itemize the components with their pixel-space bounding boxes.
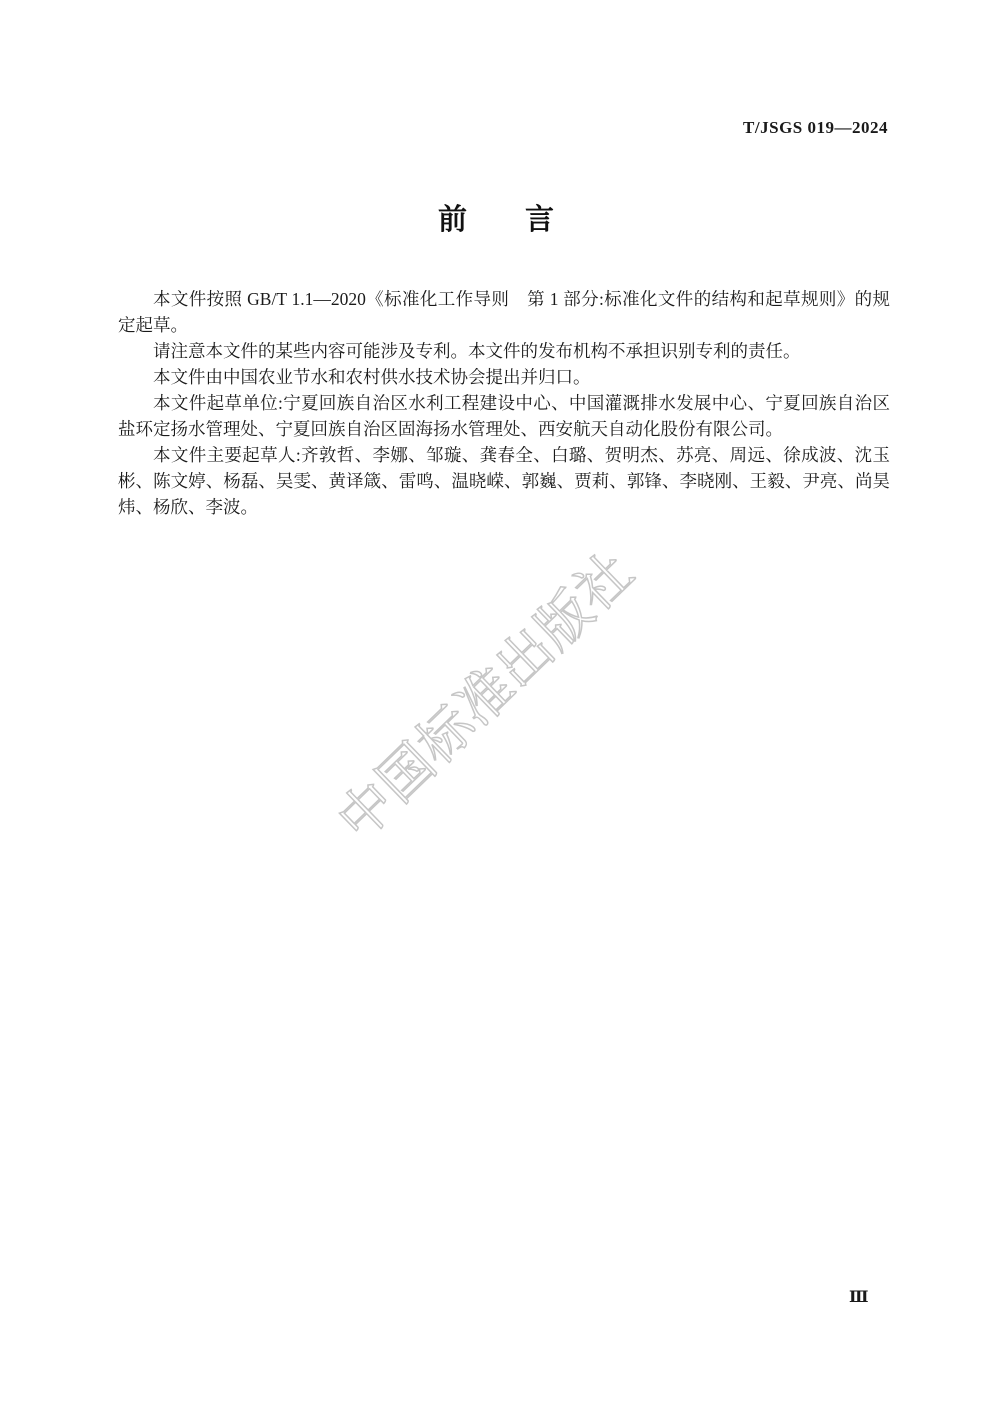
publisher-watermark: 中国标准出版社: [318, 532, 648, 855]
paragraph-proposing-body: 本文件由中国农业节水和农村供水技术协会提出并归口。: [118, 364, 890, 390]
standard-code: T/JSGS 019—2024: [743, 118, 888, 138]
paragraph-drafting-basis: 本文件按照 GB/T 1.1—2020《标准化工作导则 第 1 部分:标准化文件…: [118, 286, 890, 338]
paragraph-drafting-organizations: 本文件起草单位:宁夏回族自治区水利工程建设中心、中国灌溉排水发展中心、宁夏回族自…: [118, 390, 890, 442]
paragraph-patent-notice: 请注意本文件的某些内容可能涉及专利。本文件的发布机构不承担识别专利的责任。: [118, 338, 890, 364]
paragraph-main-drafters: 本文件主要起草人:齐敦哲、李娜、邹璇、龚春全、白璐、贺明杰、苏亮、周远、徐成波、…: [118, 442, 890, 520]
page-title: 前 言: [0, 197, 992, 238]
page-number: Ⅲ: [849, 1287, 868, 1307]
foreword-body: 本文件按照 GB/T 1.1—2020《标准化工作导则 第 1 部分:标准化文件…: [118, 286, 890, 520]
